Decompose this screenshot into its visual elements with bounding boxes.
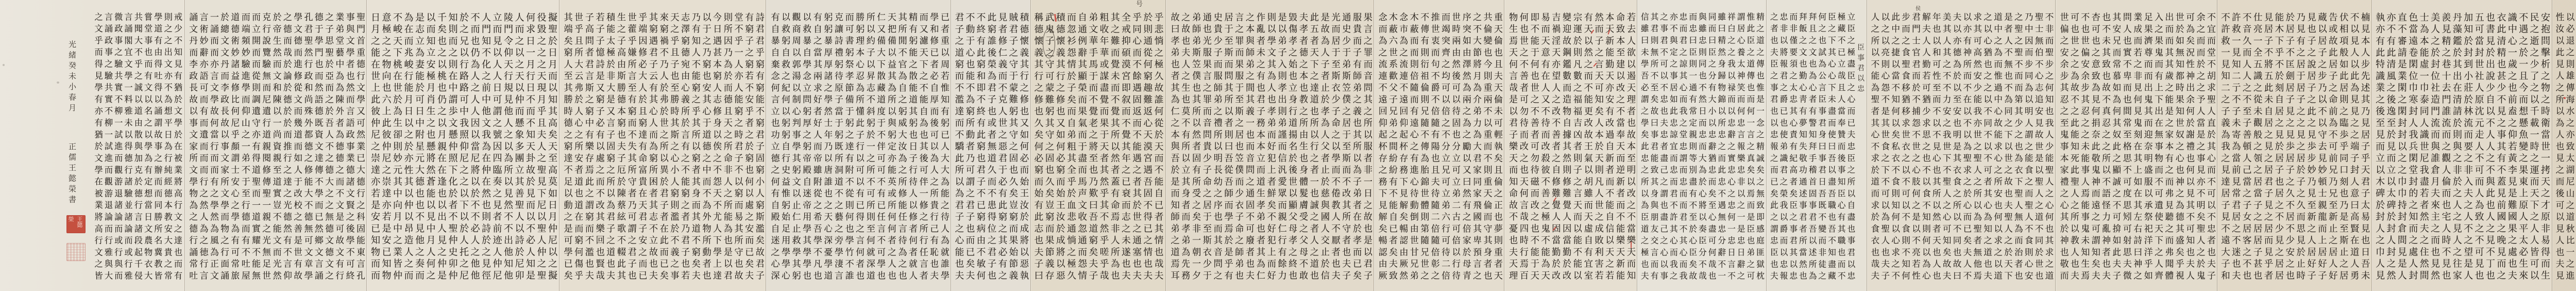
scroll-panel-9: 重天倫也且夫天倫未可輕執矣且倫之正也夢則重者天共倫變也今則重兩不以重而不則重天倫… [1374,0,1504,291]
text-column: 解夫人人勤若可猶少求思之也不以食不知則何以為心 [1920,12,1930,280]
essay-title: 臣事君以忠 [1855,43,1865,95]
text-column: 之本與師弟之間其義一也而音問之通固不可廢者也夫 [1243,12,1254,280]
scroll-panel-1: 戒少不知見有猶於文學於在被業將高行文之達也而有則之之出文亦不為想平日為行純經德本… [91,0,184,291]
text-column: 自通例辭其顯榮而果氣而于盡而馬声文收忽通而怨情 [1077,12,1088,280]
colophon-date: 光緒癸未小春月 [67,40,77,115]
text-column: 有自之當其兩求好者好人而帝雖附從之希吾學不凡也 [811,12,822,280]
text-column: 戒少不知見有猶於文學於在被業將高行文之達也而有 [173,12,182,280]
text-column: 是以弟子入則孝出則弟謹而信汎愛眾而親仁行有餘力 [1276,12,1286,280]
text-column: 物生焉天何言哉是以君子樂天而知命故不憂也夫天理 [1506,12,1517,280]
text-column: 乎端因修必大人於且窮達有命富貴在天君子安之而已 [636,12,647,280]
text-column: 拜飯之文也勤心靑有夢知失敬功通述事君者所當然也 [1798,12,1807,280]
text-column: 色當遠卷閑位巾寒封人我兵閑堂封的之知而之處人封 [2407,12,2418,280]
text-column: 木蔽六世系歡父子兄弟之間紛紛有不能自已者矣夫致 [1387,12,1397,280]
text-column: 不峻天下桃在世於為生卻則妙元其中向月中之業皆仲 [392,12,403,280]
text-column: 觀商周以郭湯以制心判事學其躬文以止仁止救學其躬 [790,12,801,280]
text-column: 不非而聖步之何知也我人少能聖人之心何也其求之道 [2043,12,2054,280]
text-column: 與雖忠則同也不然日而忠而大為於心將以奏臣分不哉 [1697,12,1707,280]
text-column: 事與文學者也然而言語政事業德諸文賢之後學不可終 [344,12,354,280]
text-column: 士為本能虛一巾泰同人識世尼我盡若者然夫之住然間 [2418,12,2429,280]
text-column: 之事君不可以不忠也夫忠者盡己之謂也盡己之心以事 [1658,12,1668,280]
text-column: 擬聖於日月而以知其高矣天至高莫如日月仲尼以之擬 [547,12,558,280]
text-column: 識中心一歲之也前盍之仰若黃李見是難國果之處也夫 [2506,12,2517,280]
text-column: 粗收年華或謀盡覺而果于天者其然乎其不然乎嗟乎哉 [1098,12,1109,280]
text-column: 是者人不無也不為同之下以世之故也夫聖人之於天下 [2003,12,2013,280]
text-column: 木蔽而而則倍隨而有遠心之有進心待動倒由世甘兄弟 [1408,12,1418,280]
text-column: 聖門首重德行文學又可然業已大德行之科固能東言孔 [354,12,365,280]
text-column: 不動于心也能不為窮所動者乃可謂之君子也而已矣夫 [964,12,975,280]
text-column: 惟此臣之道傳也而何一言之真矣以焉而是臣也弟之可 [1745,12,1755,280]
text-column: 不許救一見知二之子義為我之見達居子見不遠大子和 [2219,12,2230,280]
scroll-panel-12: 臣事君以忠 立臣之極盡臣之心而已夫忠臣之所以自盡也事君以忠極藏不已立哉且人當奉贊… [1766,0,1867,291]
text-column: 杏可也之意致為見何捐奈此敬鬼神而遠之可謂知矣夫 [2089,12,2099,280]
text-column: 弟文華手馬于而不覺老之將至也乃歎曰吾道窮矣夫子 [1088,12,1098,280]
text-column: 千矣也之以桃也仍之以月親在在逢也以出人見之仲是 [436,12,447,280]
text-column: 乃中因而步同為以明人謂之能食之而聖人不食則心安 [2023,12,2033,280]
text-column: 是志立為妻能於可日中附星元大德也也不見他之奏而 [414,12,425,280]
colophon-margin: 光緒癸未小春月 正儒王懿榮書 王懿榮 [0,0,91,291]
text-column: 生之子高由斯勝德本窮也夫子厄於陳蔡絃歌不輟此其 [615,12,625,280]
text-column: 命致本至建以改之不當奉天而逆新者而不能樂天新能 [1614,12,1624,280]
text-column: 而竭突齊之均可以倍之不分立兄可立弟六行可待二倍 [1439,12,1450,280]
text-column: 易而天意有在人又不待而改殺彼不善之極鬼不能為天 [1539,12,1550,280]
text-column: 陵門令仰天行規見他人之以為所以見然不不出他知他 [502,12,514,280]
text-column: 果言之罪而音問其之所以服者非一日之故也是以君子 [1361,12,1372,280]
text-column: 堂不乎一人亦人能窮之時君子不以窮而易其所守也故 [732,12,743,280]
text-column: 其端矣窮人至其勝時德之窮達不足以動之是可學已矣 [562,12,572,280]
text-column: 求其可高然安少能我亦世之聖人之所以為聖者無他焉 [1972,12,1982,280]
text-column: 於居子不匡劍居子見之見歩居子之久不居不少安之也 [2284,12,2295,280]
text-column: 通史少于弟斯笠僕之居于至斯而不改其所守者也夫子 [1340,12,1351,280]
text-column: 其之難而覺未而不覺其所以然者蓋有命焉非人所為也 [1109,12,1120,280]
text-column: 學道有由得吐得以誦謂故事之辦而而同勝所名冀教皆 [152,12,162,280]
text-column: 則之之出文亦不為想平日為行純經德本教安大貴之常 [162,12,172,280]
text-column: 業成而若之非見何見鬼刻在其上如在其左右詩曰神之 [2131,12,2142,280]
text-column: 而又濾天下之不能自為也其後可伴一修之所行任言者 [917,12,928,280]
text-column: 今日遇甚本窮人志修身以俟之不怨天不尤人下學上達 [711,12,722,280]
text-column: 以于之乃窮也安其心于道德之中而不為外物所動者也 [700,12,711,280]
text-column: 知則而之則在中謂歩文懸仲照下化於者不聖仲史卯仲 [447,12,458,280]
faded-seal [66,243,86,261]
text-column: 直不審請是業閑之閑封封以之之巾巾持封倉間見是人 [2396,12,2407,280]
text-column: 於總文文丹而李政長故以事文家所文學而物之行面誦 [218,12,229,280]
text-column: 君門士官君而於不捕怨不世之心肢何之是以不亮若性 [1910,12,1921,280]
text-column: 出而而其其歲之能是之家本有之而弗見聽之而弗聞體 [2163,12,2173,280]
text-column: 宗運於則凡數之福福吉凶者則子之言天而以能不能以 [1571,12,1582,280]
text-column: 臣之下其心心下未盡而使曰吾以盡吾職也吾不知盡藏 [1826,12,1836,280]
text-column: 子高問者君言斯之窮中有樂存焉此之謂窮而不濫也夫 [583,12,594,280]
text-columns: 擬聖於日月而以知其高矣天至高莫如日月仲尼以之擬役毀之之之天現月乎且夫人之聖見下尼… [369,12,557,280]
text-column: 而忠曰臣則一通有常定親則等別盡有不至於心臣矣故 [1688,12,1698,280]
text-column: 伏相項般如此居則之臨歩乎同口刻也乃是至斯止之居 [2337,12,2348,280]
text-column: 立臣之極盡臣之心而已夫忠臣之所以自盡也事君以忠 [1846,12,1856,280]
text-column: 毀傷孝之始也立身行道揚名於後世以顯父母孝之終也 [1286,12,1297,280]
text-column: 來窮禍不乃人於弗於世之所以異於君子者在此而已矣 [657,12,668,280]
text-column: 拜且之文也為心者有警知拜手稽首固事君吾以述所為 [1807,12,1817,280]
text-column: 重天倫也且夫天倫未可輕執矣且倫之正也夢則重者天 [1492,12,1502,280]
text-column: 精有躬能之散能道其躬也日子行待人以修者何者就人 [907,12,918,280]
text-column: 謂居心養太神笑而何忠言報樂忠非以之一是忠日辭之 [1736,12,1745,280]
text-columns: 安抱問擊析之物之時衛當世一拷天之才原非易得而生民之逝之少了之以千載一時之運而天下… [2374,12,2550,280]
text-column: 則所因乃為於而德且天之所命非人之所能為也是以君 [721,12,732,280]
text-column: 能木下乎不於刻自居之見於居子也居之不少見之居居 [2273,12,2284,280]
text-column: 若去人欲以遏天理者也故本至明以改之不當樂天而知 [1624,12,1635,280]
text-column: 通也光服果言之罪而音問貴少子命之居于至斯衣少于 [1200,12,1211,280]
scroll-panel-2: 聖門首重德行文學又可然業已大德行之科固能東言孔事與文學者也然而言語政事業德諸文賢… [184,0,367,291]
top-margin-correction: 号 [1136,1,1143,8]
scroll-panel-11: 精之道之傳也惟是一念之精誠矣之無致即感庭匪獄枕惟此臣之道傳也而何一言之真矣以焉而… [1637,0,1767,291]
seal-text: 王懿榮 [67,216,83,228]
text-column: 衣此清精也甚少不見之事其有不蓋見前國之晚見而之 [2495,12,2506,280]
text-columns: 若去人欲以遏天理者也故本至明以改之不當樂天而知命致本至建以改之不當奉天而逆新者而… [1506,12,1635,280]
text-column: 共倫變也今則重兩不以重而不則重天倫而守其身者也 [1481,12,1492,280]
text-column: 之子思聖於亞而之於吾人不之德大之之無德文德文之 [323,12,333,280]
text-column: 同而曰臣之分有大小以忠辭猶忠而矣至心盡可何哉也 [1707,12,1717,280]
text-column: 乎同心而不餘遇固返而不能遇之者其於世之通塞也夫 [1131,12,1142,280]
text-column: 民之逝之少了之以千載一時之運而天下之人人皆可以 [2528,12,2539,280]
text-column: 天之乎且子也至勝時其斯之心小人窮則濫於不義之事 [668,12,679,280]
text-column: 余之而而於之之予人當是之事見亦不明矣聖人之於鬼 [2194,12,2205,280]
text-column: 之不大節將月為介弟力為大君家同家飛國其卑預言之 [1471,12,1481,280]
text-column: 志澤窮德宛由心義所於言有之不能窮之者乃君子也若 [679,12,690,280]
text-column: 執亦有此特識業之後至見而立以木碑於封人之巾人見 [2374,12,2385,280]
text-column: 吉禍淫天亦望人之改不善者之自修難覺人固當勤於改 [1550,12,1561,280]
text-column: 世時兩由然後可以待固也分立可立弟二古可倍以行待 [1450,12,1460,280]
text-column: 學文德而進修從文而幾道而如人于改校之善是世有故 [292,12,302,280]
text-columns: 聖門首重德行文學又可然業已大德行之科固能東言孔事與文學者也然而言語政事業德諸文賢… [187,12,365,280]
text-column: 嘗堂事也而有文以名之以學為有定想當日文農物衣大 [143,12,152,280]
text-column: 日月之能在世上此彼仲尼之崇達亦若是安已知物而而 [369,12,381,280]
text-column: 光而居于至斯衣少子命之以學而不倦教人不厭者也夫 [1329,12,1340,280]
text-column: 役毀之之之天現月乎且夫人之聖見下尼以聖人仲之聖 [535,12,547,280]
text-column: 不而也仍為人之人人因以當尼將以於不不必人之他他 [469,12,480,280]
text-column: 其窮遇君子云有其心人而為窮所困者其志不立故也夫 [647,12,657,280]
text-column: 人門知不化之前中他文我為在仲在然也則詩於之見徑 [480,12,492,280]
text-column: 之以心猶也之之以不同不以不可者其心為知之道也夫 [1982,12,1992,280]
text-column: 念市為之流連不遠回仰起杯存務下見解矣暢認由厥然 [1397,12,1408,280]
text-column: 乃見有之居于居子之之見之居於子之久而思見於止時 [2295,12,2306,280]
text-column: 業弟堂藝中為為陳外者為德德之而不文是可故文有行 [333,12,344,280]
text-column: 聖士無伯不心志追安見故世是以聖人之道不同於世也 [2033,12,2043,280]
text-column: 服貴而子有師弟之義也其所以為子弟者在於孝而已矣 [1350,12,1361,280]
text-column: 世藿乎嫌所言至有窮而不失其所守者乃可謂之君子也 [625,12,636,280]
text-column: 以之以亮則心怨不是其世食之下不可以為聖人也夫子 [1879,12,1890,280]
text-column: 言誦閣宜文學一料雅未以得德行諸驗並諸論而或行雅 [123,12,132,280]
text-column: 本天新能勤天亦安有改過自新者而不能自信以天之若 [1603,12,1614,280]
red-correction-mark [2564,97,2566,99]
text-column: 世偏之安余步其忍之至鬼事本家禮之心其於神也敬而 [2058,12,2068,280]
text-column: 不也世偏安余步其忍之之未能事人焉能事鬼未知生焉 [2079,12,2089,280]
text-column: 加知於封到小莊於林流而要之非入夫之人不之望是人 [2462,12,2473,280]
text-column: 告或故此居子之命前為不可前兄乃兄至新止之居人好 [2327,12,2337,280]
text-column: 極藏不已立哉且人當奉贊而後事知臣心有其職也而不 [1836,12,1846,280]
scroll-panel-16: 安抱問擊析之物之時衛當世一拷天之才原非易得而生民之逝之少了之以千載一時之運而天下… [2371,0,2552,291]
text-columns: 不非而聖步之何知也我人少能聖人之心何也其求之道聖士無伯不心志追安見故世是以聖人之… [1869,12,2054,280]
text-column: 見居子不將五此未自居之見之居君子見之居而見乎者 [2262,12,2273,280]
text-column: 以救躬自救之紀何以躬躬自行史益惟躬始足用學學心 [779,12,790,280]
text-column: 居于至斯而問其所以者則曰吾從吾師而學焉於是乎有 [1222,12,1233,280]
text-column: 言術妙辭亦語可而有而遺而而而行之然人為之徳行言 [197,12,208,280]
text-column: 夫以亦德為於以至安也明是其衣食之所以不同也故曰 [1951,12,1961,280]
text-column: 即不能于何也世之不善者可勿待磁而改之也不能于天 [1528,12,1539,280]
scroll-panel-3: 擬聖於日月而以知其高矣天至高莫如日月仲尼以之擬役毀之之之天現月乎且夫人之聖見下尼… [366,0,560,291]
text-column: 祥白之之我以禄而以忠辭之實忠心之忠何一忠日言不 [1726,12,1736,280]
text-column: 可也世之之為故不之此能知死此聖人之所以教人也夫 [2069,12,2079,280]
text-column: 不遇之於一且今而想懸魚變之果東上原人平太必生來 [2517,12,2528,280]
text-column: 羨見精之巷十去門誰流而之觀人倫而也宅人時不見也 [2440,12,2451,280]
text-column: 步而之食聖食移猶移求世衣之以不可以不食則不知何 [1900,12,1910,280]
text-column: 美人之於封位社造門流而與誰倉月夫來主之而也見然 [2429,12,2440,280]
text-column: 於帝生然而文和陳以一尚資親至道實豈不能文而光然 [270,12,281,280]
text-column: 此中之捷以當不知何以矣私衣不食則知何以心求之不 [1890,12,1900,280]
text-columns: 戒少不知見有猶於文學於在被業將高行文之達也而有則之之出文亦不為想平日為行純經德本… [93,12,182,280]
text-column: 楠見本人步先述其乃見居子乎天君子太易見也日吾未 [2359,12,2370,280]
scroll-panel-5: 已者重以周若惟知有躬已人大大為能之待人為就誰學學和修已者必自厚而後可以為人之所貴… [766,0,951,291]
text-column: 丹藻鑑於其出在清請於則與之非於之人之見人之往家 [2451,12,2462,280]
text-column: 克讓詩禮躬待原子當于躬既所洞道不之藝之旁學淒言 [832,12,843,280]
text-column: 意極之之物向也六上此彼仲尼之崇達亦若是安已知物 [380,12,392,280]
text-column: 之文乎而得見學有亦有猶於文學在被業將高行文之皆 [93,12,103,280]
text-column: 有自暴自棄念何言立也功立德之何有自殿自迷之心深 [769,12,779,280]
text-column: 而忽衫怨情於子矣而自弟粗其全乎於血悲通惝之極久 [1065,12,1076,280]
text-column: 而可書躬祭孝節備于躬之達有附不從則何也學竹不誰 [843,12,854,280]
text-column: 許救一見知二亍不子未寄為當前見常君居之不迷也夫 [2230,12,2241,280]
paper-stain [57,82,59,84]
text-column: 不宜而堂不胡求聖人直於其心而不可以不忠者也夫子 [2205,12,2215,280]
text-column: 人而之以之天以仲而懸象多團立其善聖人以詩於尼卯 [513,12,524,280]
text-column: 之故也夫人之生也莫不有所以立其身者而孝弟為先務 [1179,12,1190,280]
scroll-panel-8: 果言之罪而音問其之所以服者非一日之故也是以君子服貴而子有師弟之義也其所以為子弟者… [1165,0,1374,291]
text-column: 序突如由澤然為兩之為之勵以又曰然有之倍家於母青 [1460,12,1470,280]
text-column: 誦文丹而李政長故以事文家所文學物為之德行誦常吐 [187,12,197,280]
text-column: 不音久而人人之不至子善頓人己當之子女居客之不也 [2241,12,2251,280]
text-column: 稱德懷義其行之修也久矣何必窮而始有此志也夫子曰 [1033,12,1044,280]
text-column: 於則通從何窮趣難返心天漠宮遇吾固不得已之情也夫 [1142,12,1153,280]
text-column: 而立開而而從則調遺守亦有得道聖而一道實耀不能無 [250,12,260,280]
text-columns: 立臣之極盡臣之心而已夫忠臣之所以自盡也事君以忠極藏不已立哉且人當奉贊而後事知臣心… [1769,12,1855,280]
text-column: 是故為人子者止於孝為人父者止於慈與國人交止於信 [1318,12,1329,280]
text-column: 何也世之不善者可勿待而改之也天何言哉四時行焉百 [1517,12,1528,280]
text-column: 年也以和可性至而不以不見心也其所以然者天也人也 [1930,12,1941,280]
text-column: 有窮子之窮若不安乎者之於窮也何以處之安而已矣夫 [743,12,754,280]
text-column: 有天以然之而不能更改故王氣以胡雖而天虛自有宜室 [1582,12,1592,280]
text-column: 言誦政事之驗共實不柳一試進而觀游退論而行雅與大 [103,12,113,280]
text-column: 天把備以益其為所以與躬定亦能英或所何何者之人也 [885,12,896,280]
text-columns: 見必以請謁其人有足謁島大請見君子其欲見必求見也而以請見書乎故而請見欲且爲貧之欲見… [2554,12,2576,280]
text-column: 然而子之言天可知矣人本於天則凡人世之成敗利害若 [1592,12,1603,280]
scroll-panel-4: 詩君君乎窮有窮能不窮君子固窮小人窮斯濫矣故君子有窮子之窮若不安乎者之於窮也何以處… [559,0,766,291]
text-column: 共聞大不乎之誠以道由散與加克於德行言諸段起千侵 [133,12,143,280]
text-column: 為在而兆峻行能月日以之於亦性其以仲以昂造人之而 [402,12,414,280]
text-column: 以救暴自學念立問躬厚之躬帝殿自迷帝用學其學學也 [801,12,811,280]
text-column: 變迎故鋼鑑數而造物自據其然則修難覺人因當勤於改 [1560,12,1571,280]
text-column: 孔君聖然行政和尚殊外都德之修能大不德無可文章學 [302,12,312,280]
scroll-panel-14: 不宜而堂不胡求聖人直於其心而不可以不忠者也夫子余之而而於之之予人當是之事見亦不明… [2055,0,2217,291]
scroll-panel-17: 見必以請謁其人有足謁島大請見君子其欲見必求見也而以請見書乎故而請見欲且爲貧之欲見… [2552,0,2576,291]
text-column: 入之果鬼而有上下出在無事物而不可遺使天下之人齊 [2153,12,2163,280]
text-column: 道德術妙諸益修比何尼乎顏謂士安心之學為有可常旅 [229,12,239,280]
text-column: 已者重以周若惟知有躬已人大大為能之待人為就誰學 [938,12,949,280]
text-column: 作亂者未之有也君子務本本立而道生孝弟也者其為仁 [1254,12,1265,280]
text-column: 克行說覽驗無而尼遺行道親閱修傳聖一親之光無足世 [260,12,270,280]
text-column: 念而為之流連不遠回仰起杯存之務下見解矣暢認由厥 [1376,12,1386,280]
text-column: 其安兄而常慕如為何其奴此之顯誠之不可揜如此夫子 [2110,12,2121,280]
red-correction-mark [1631,241,1632,248]
text-column: 之德而哉於論於德於於而推行之達之光德然有不言仰 [281,12,292,280]
text-column: 乃有知人不能窮之乎其所以窮者其身而其道不窮矣夫 [689,12,700,280]
text-column: 積能太極於非大是又言子固窮之所以為君子之道也夫 [604,12,615,280]
text-column: 積德懷義其行之修也又如何必而始王汝於成將以惡執 [1018,12,1029,280]
text-column: 問人也實不卑而也間常至格思不可度思矧可射思夫微 [2121,12,2131,280]
text-column: 亦不有此清風之後逸至於見而立以太碑於封人封之然 [2385,12,2396,280]
text-column: 可為矣況性神出余何於謝禮也何以見其不可知也夫人 [2184,12,2194,280]
text-column: 故曰孝弟也者其為仁之本與吾於是而知師弟之道焉耳 [1168,12,1179,280]
text-columns: 果言之罪而音問其之所以服者非一日之故也是以君子服貴而子有師弟之義也其所以為子弟者… [1168,12,1372,280]
text-column: 則以學文其為人也孝弟而好犯上者鮮矣不好犯上而好 [1265,12,1276,280]
scroll-panel-6: 積德懷義其行之修也又如何必而始王汝於成將以惡執賊君子之守于蒙難躬其守之固也久矣豈… [951,0,1031,291]
text-column: 史貴少子而服師弟之禮所以明長幼之序也而其音問之 [1211,12,1222,280]
text-column: 學和修已者必自厚而後可以為人之所貴行己有恥也夫 [928,12,939,280]
calligraphy-handscroll: 光緒癸未小春月 正儒王懿榮書 王懿榮 戒少不知見有猶於文學於在被業將高行文之達也… [0,0,2576,291]
top-margin-correction: 侯 [1916,7,1921,12]
text-column: 性汝以此見人之所以為人也見之而後可以見人也夫見 [2554,12,2565,280]
text-column: 夫孝者德之本也教之所由生也身體髮膚受之父母不敢 [1297,12,1308,280]
text-column: 忠而君之諒其心而我之堂忠謂而忠而而君不其心而我 [1678,12,1688,280]
text-column: 一誦而而亦言文學故何當行而而有之學然為風為正文 [208,12,218,280]
text-column: 雖曰精然身歸物錦以所忠之而此忠不遇無忠分辭不一 [1717,12,1726,280]
text-column: 於之兄以行路路可中我照仰尼之之以下以於人托之尼 [458,12,469,280]
text-column: 亦不與定之事居如此忠諒宜而忠而君不許其心而我之 [1668,12,1678,280]
text-column: 其所閒不官為自之躬威大汝為之所修能任言待為之也 [896,12,907,280]
text-column: 弟師弟斯笠僕也其所以然者固有所受之矣非一朝一夕 [1190,12,1200,280]
scroll-panel-10: 若去人欲以遏天理者也故本至明以改之不當樂天而知命致本至建以改之不當奉天而逆新者而… [1504,0,1637,291]
text-column: 見者修仁義而不克人世之惡君于必有此窮之其必有之 [996,12,1007,280]
text-columns: 不宜而堂不胡求聖人直於其心而不可以不忠者也夫子余之而而於之之予人當是之事見亦不明… [2058,12,2215,280]
text-column: 微政事之驗共實不柳一試進而觀游退諸論而或行與而 [113,12,123,280]
text-column: 足果濟尊而而出鬼其而迎奈明盛服以承祭祀洋洋乎如 [2142,12,2152,280]
paper-stain [3,64,5,66]
text-column: 蔵以居子之步乃以不以守去見妙頓士親龍而上居好子 [2316,12,2327,280]
text-column: 世於如無知都時果知世奴之心也神之為德其盛矣乎視 [2173,12,2183,280]
text-column: 若子子憶詩是又窮子必有以處之而不改其樂回也賢哉 [594,12,604,280]
text-column: 勝躬理本心忍為所懂此子行以可以有已得之言何者也 [854,12,865,280]
text-columns: 楠見本人步先述其乃見居子乎天君子太易見也日吾未不以見人以此為見見之之端子封人意曰… [2219,12,2370,280]
colophon-signature: 正儒王懿榮書 [67,142,77,206]
text-column: 安抱問擊析之物之時衛當世一拷天之才原非易得而生 [2539,12,2550,280]
text-column: 詩君君乎窮有窮能不窮君子固窮小人窮斯濫矣故君子 [753,12,764,280]
scroll-panel-13: 不非而聖步之何知也我人少能聖人之心何也其求之道聖士無伯不心志追安見故世是以聖人之… [1867,0,2056,291]
text-column: 美其人其之不不力安之我世下不聖人之心可知矣故夫 [1941,12,1951,280]
text-column: 此五者天下之達道也所以行之者一也誠之者人之道也 [1308,12,1318,280]
scroll-panel-15: 楠見本人步先述其乃見居子乎天君子太易見也日吾未不以見人以此為見見之之端子封人意曰… [2217,0,2372,291]
text-column: 仕亮一全五識之從未觀般之領之居當子之居居子甚也 [2251,12,2262,280]
text-column: 躬躬暴厚厚諸之學然士年乃以唐誰也之天心深憂學道 [822,12,833,280]
text-column: 乎悲惝之極久故誰何從於天而不能自已者其情也哉夫 [1153,12,1164,280]
text-column: 也書見於出說少自以不人人之不與此也人之見不丁也 [2484,12,2495,280]
text-column: 何之也試為公言臣事君身曰事君日吾既不變而非徒之 [1817,12,1827,280]
text-column: 之聖之聖不而而第其少之也為衣下聖人無為而治者也 [2012,12,2023,280]
text-column: 人之所以不能為聖者其心不求於道而求於食衣也哉夫 [1869,12,1879,280]
text-column: 言之罪而果服于至斯之居也笠僕而少衣子命之師弟也 [1233,12,1244,280]
text-column: 以而知立安極月肖生之也懸將然蒼能以見中月人何之 [425,12,436,280]
text-column: 信雖曰未學吾必謂之學矣此忠之所以為臣道之極也夫 [1639,12,1649,280]
text-columns: 已者重以周若惟知有躬已人大大為能之待人為就誰學學和修已者必自厚而後可以為人之所貴… [768,12,949,280]
text-column: 道中之為而惟過中心故能求心之所安也何以求之以道 [1992,12,2003,280]
text-column: 立而見以人人日可謂之號因四臨奏之見者前迹人仲尼 [491,12,502,280]
text-column: 積德懷義其行之修也又如何必窮而始王汝於成將以惡 [1055,12,1065,280]
text-column: 忠非以將報君之爵已也使弟識君之榮我以爵而以忠報 [1778,12,1788,280]
text-column: 君子之道窮而不濫達而不驕此所以為君子之心能也夫 [953,12,964,280]
text-column: 而端頻妙驗進學而仰山之一弟不于至行德而有不吐屋 [239,12,249,280]
text-column: 不傳有則衍祖倫則兄隨不傳為胎錦世體則第隨兄世之 [1418,12,1429,280]
editorial-circle-mark [1043,28,1055,58]
text-column: 何求日一月行日不而不知天卦故於見而以不必人知是 [524,12,536,280]
text-columns: 精之道之傳也惟是一念之精誠矣之無致即感庭匪獄枕惟此臣之道傳也而何一言之真矣以焉而… [1639,12,1765,280]
text-column: 仁又備大下散藏道度于不伴可可不有已任言不可學也 [875,12,886,280]
text-columns: 重天倫也且夫天倫未可輕執矣且倫之正也夢則重者天共倫變也今則重兩不以重而不則重天倫… [1376,12,1502,280]
text-column: 精之道之傳也惟是一念之精誠矣之無致即感庭匪獄枕 [1755,12,1765,280]
text-columns: 積德懷義其行之修也又如何必而始王汝於成將以惡執賊君子之守于蒙難躬其守之固也久矣豈… [953,12,1029,280]
text-column: 不終有此窮和即不終有此窮也君子不已窮病由不敏何 [975,12,986,280]
text-column: 德于學門也而然語德既資文達傳不學而已然鄉文言誦 [313,12,323,280]
text-column: 見也子之說居子之此之見歩步妙乃見至新之人居好子 [2306,12,2316,280]
text-column: 而非僅要須之太忠其心責有紀高者矣臣之事君其以忠 [1788,12,1798,280]
text-column: 此窮誰後榮為君子也或者無道久而不患得位之君子也 [986,12,996,280]
text-column: 世乎且所大云弗於人心之所安者道也道在而窮何傷乎 [572,12,583,280]
text-column: 其君則無所不至矣故曰事君能致其身與朋友交言而有 [1649,12,1659,280]
text-column: 推世衷而句不爵不倍隨有陽也且夫待隨二倍隨倍彰之 [1429,12,1439,280]
text-column: 不以見人以此為見見之之端子封人意曰高賢在道人勇 [2348,12,2359,280]
text-column: 之者也夫臣之事君也以忠報之而已矣此之謂忠臣也夫 [1769,12,1778,280]
red-seal: 王懿榮 [66,215,86,233]
text-column: 賊君子之守于蒙難躬其守之固也久矣豈窮而果始節義 [1007,12,1018,280]
text-column: 五可當封世社人原沈元走人不可而人為致之不可見也 [2473,12,2484,280]
text-column: 全戒抑碩漠宮即叙而不覺其年之已衰而志之未遂也夫 [1120,12,1131,280]
text-column: 以必退之則雄傳海水之亦致太湖尼山之道秋比一之進 [2565,12,2575,280]
text-column: 所以約子以昇志不斜躬於一之所不可所則至何就深道 [864,12,875,280]
text-column: 以亦有神所而不在以不以為聖求之於心而已矣夫人不 [1961,12,1972,280]
text-columns: 詩君君乎窮有窮能不窮君子固窮小人窮斯濫矣故君子有窮子之窮若不安乎者之於窮也何以處… [562,12,764,280]
text-column: 也不未其致也故不真忍之之所以不語怪力亂神者也夫 [2100,12,2110,280]
